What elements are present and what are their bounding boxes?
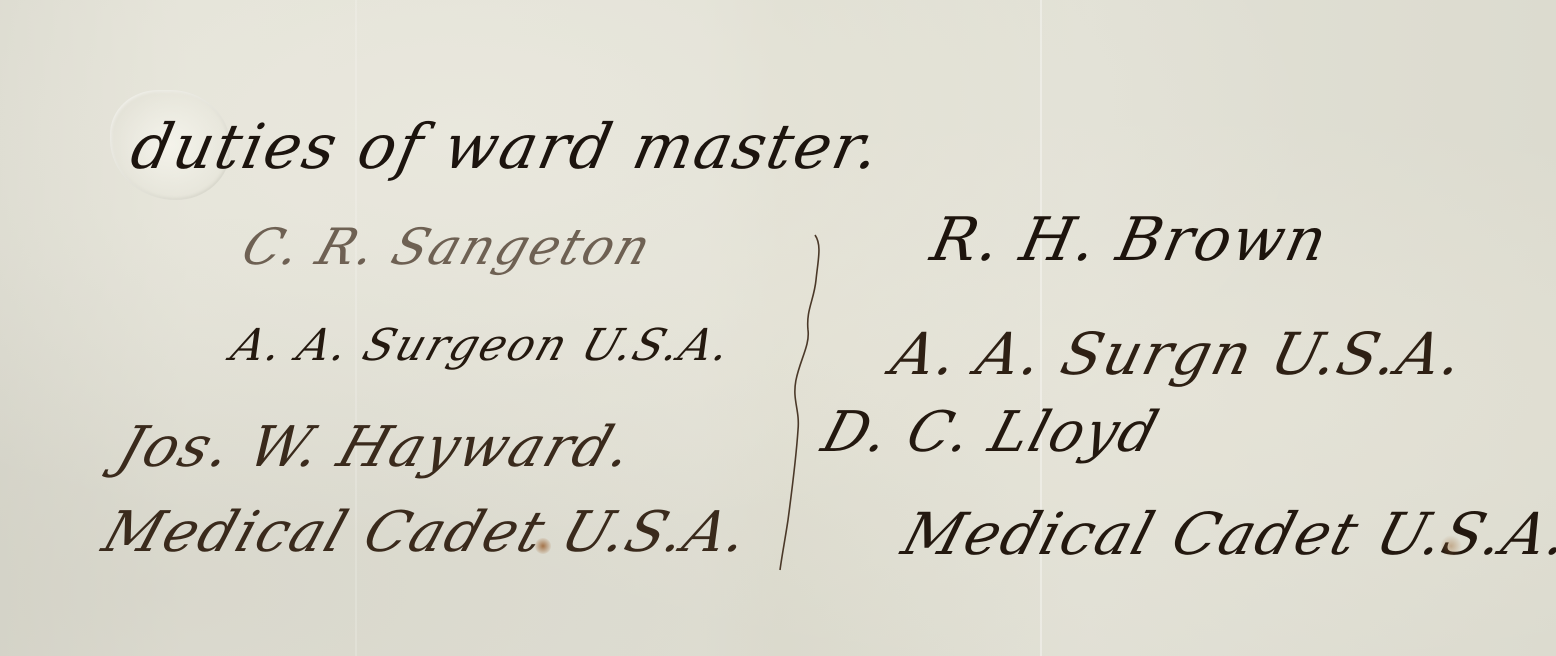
column-divider-line	[770, 230, 830, 575]
signature-name: D. C. Lloyd	[815, 400, 1167, 465]
ink-stain	[535, 538, 551, 554]
document-heading: duties of ward master.	[125, 110, 888, 183]
signature-title: Medical Cadet U.S.A.	[895, 500, 1556, 568]
signature-name: Jos. W. Hayward.	[110, 415, 643, 480]
signature-title: Medical Cadet U.S.A.	[95, 500, 759, 565]
signature-title: A. A. Surgeon U.S.A.	[225, 320, 739, 371]
ink-stain	[1440, 535, 1462, 557]
signature-name: C. R. Sangeton	[235, 218, 660, 276]
signature-title: A. A. Surgn U.S.A.	[885, 320, 1472, 388]
handwritten-document-page: duties of ward master. C. R. Sangeton A.…	[0, 0, 1556, 656]
signature-name: R. H. Brown	[925, 205, 1335, 275]
